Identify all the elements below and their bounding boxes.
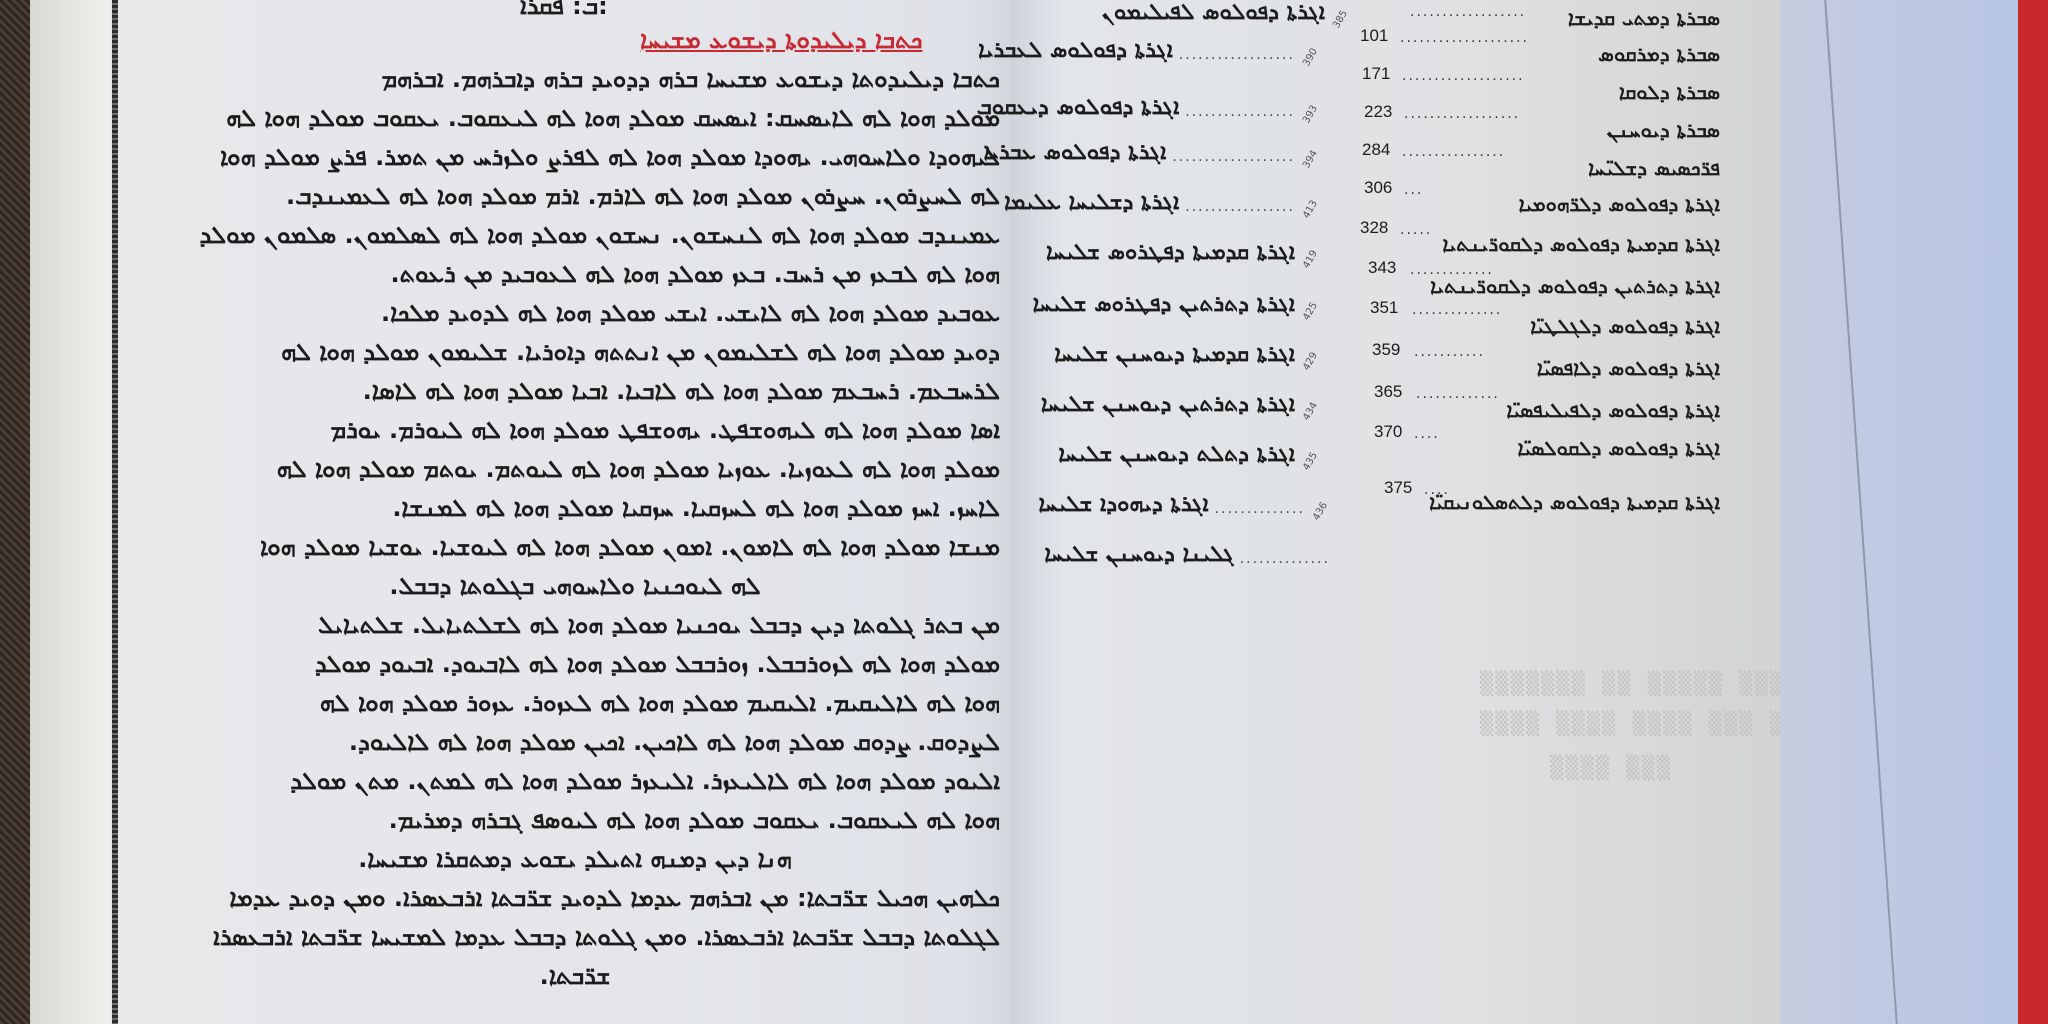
leader-dots: ................... [1402, 68, 1525, 84]
leader-dots: .............. [1412, 302, 1502, 318]
text-line: ܡܘܠܕ ܗܘܐ ܠܗ ܠܐܝܣܚܩ: ܐܝܣܚܩ ܡܘܠܕ ܗܘܐ ܠܗ ܠܝ… [150, 99, 1000, 138]
text-line: ܡܘܠܕ ܗܘܐ ܠܗ ܠܙܘܪܒܒܠ. ܙܘܪܒܒܠ ܡܘܠܕ ܗܘܐ ܠܗ … [150, 645, 1000, 684]
show-through-text: ▒▒▒▒ ▒▒▒ [1550, 756, 1672, 781]
text-line: ܥܡܝܢܕܒ ܡܘܠܕ ܗܘܐ ܠܗ ܠܢܚܫܘܢ. ܢܚܫܘܢ ܡܘܠܕ ܗܘ… [150, 216, 1000, 255]
text-line: ܕܘܝܕ ܡܘܠܕ ܗܘܐ ܠܗ ܠܫܠܝܡܘܢ ܡܢ ܐܢܬܬܗ ܕܐܘܪܝܐ… [150, 333, 1000, 372]
leader-dots: .............. [1240, 551, 1330, 567]
toc-entry[interactable]: .............. ܓܠܝܢܐ ܕܝܘܚܢܢ ܫܠܝܚܐ [1044, 542, 1330, 567]
toc-entry[interactable]: 435 ܐܓܪܬܐ ܕܬܠܬ ܕܝܘܚܢܢ ܫܠܝܚܐ [1058, 442, 1320, 467]
leader-dots: ............. [1416, 386, 1500, 402]
text-line: ܥܘܒܝܕ ܡܘܠܕ ܗܘܐ ܠܗ ܠܐܝܫܝ. ܐܝܫܝ ܡܘܠܕ ܗܘܐ ܠ… [150, 294, 1000, 333]
text-line: ܗܘܐ ܠܗ ܠܒܥܙ ܡܢ ܪܚܒ. ܒܥܙ ܡܘܠܕ ܗܘܐ ܠܗ ܠܥܘܒ… [150, 255, 1000, 294]
toc-entry[interactable]: 429 ܐܓܪܬܐ ܩܕܡܝܬܐ ܕܝܘܚܢܢ ܫܠܝܚܐ [1054, 342, 1320, 367]
leader-dots: .................. [1410, 4, 1526, 20]
text-line: ܠܐܚܙ. ܐܚܙ ܡܘܠܕ ܗܘܐ ܠܗ ܠܚܙܩܝܐ. ܚܙܩܝܐ ܡܘܠܕ… [150, 489, 1000, 528]
toc-entry[interactable]: 385 ܐܓܪܬܐ ܕܦܘܠܘܣ ܠܦܝܠܝܡܘܢ [1102, 0, 1350, 25]
leader-dots: ................... [1172, 149, 1295, 165]
text-line: ܡܢ ܒܬܪ ܓܠܘܬܐ ܕܝܢ ܕܒܒܠ ܝܘܟܢܝܐ ܡܘܠܕ ܗܘܐ ܠܗ… [150, 606, 1000, 645]
toc-entry[interactable]: 394 ................... ܐܓܪܬܐ ܕܦܘܠܘܣ ܥܒܪ… [983, 140, 1320, 165]
leader-dots: .................... [1400, 30, 1529, 46]
text-line: ܟܠܗܝܢ ܗܟܝܠ ܫܪ̈ܒܬܐ: ܡܢ ܐܒܪܗܡ ܥܕܡܐ ܠܕܘܝܕ ܫ… [150, 879, 1000, 918]
text-line: ܗܢܐ ܕܝܢ ܕܡܢܗ ܐܬܝܠܕ ܝܫܘܥ ܕܡܬܩܪܐ ܡܫܝܚܐ. [150, 840, 1000, 879]
text-line: ܐܠܝܘܕ ܡܘܠܕ ܗܘܐ ܠܗ ܠܐܠܝܥܙܪ. ܐܠܝܥܙܪ ܡܘܠܕ ܗ… [150, 762, 1000, 801]
toc-entry[interactable]: 393 ................. ܐܓܪܬܐ ܕܦܘܠܘܣ ܕܝܥܩܘ… [977, 95, 1320, 120]
leader-dots: ................. [1185, 104, 1295, 120]
running-header: :ܒ: ܦܩܪܐ [520, 0, 608, 20]
text-line: ܠܓܠܘܬܐ ܕܒܒܠ ܫܪ̈ܒܬܐ ܐܪܒܥܣܪܐ. ܘܡܢ ܓܠܘܬܐ ܕܒ… [150, 918, 1000, 957]
toc-entry[interactable]: 434 ܐܓܪܬܐ ܕܬܪܬܝܢ ܕܝܘܚܢܢ ܫܠܝܚܐ [1041, 392, 1320, 417]
text-line: ܟܬܒܐ ܕܝܠܝܕܘܬܐ ܕܝܫܘܥ ܡܫܝܚܐ ܒܪܗ ܕܕܘܝܕ ܒܪܗ … [150, 60, 1000, 99]
toc-entry[interactable]: 425 ܐܓܪܬܐ ܕܬܪܬܝܢ ܕܦܛܪܘܣ ܫܠܝܚܐ [1033, 292, 1320, 317]
leader-dots: ................. [1185, 199, 1295, 215]
page-border-frame [112, 0, 118, 1024]
page-stack-edge [30, 0, 110, 1024]
text-line: ܠܪܚܒܥܡ. ܪܚܒܥܡ ܡܘܠܕ ܗܘܐ ܠܗ ܠܐܒܝܐ. ܐܒܝܐ ܡܘ… [150, 372, 1000, 411]
body-text: ܟܬܒܐ ܕܝܠܝܕܘܬܐ ܕܝܫܘܥ ܡܫܝܚܐ ܒܪܗ ܕܕܘܝܕ ܒܪܗ … [150, 60, 1000, 996]
text-line: ܠܗ ܠܝܘܟܢܝܐ ܘܠܐܚܘܗܝ ܒܓܠܘܬܐ ܕܒܒܠ. [150, 567, 1000, 606]
chapter-title: ܟܬܒܐ ܕܝܠܝܕܘܬܐ ܕܝܫܘܥ ܡܫܝܚܐ [640, 26, 922, 54]
text-line: ܠܨܕܘܩ. ܨܕܘܩ ܡܘܠܕ ܗܘܐ ܠܗ ܠܐܟܝܢ. ܐܟܝܢ ܡܘܠܕ… [150, 723, 1000, 762]
text-line: ܠܝܗܘܕܐ ܘܠܐܚܘܗܝ. ܝܗܘܕܐ ܡܘܠܕ ܗܘܐ ܠܗ ܠܦܪܨ ܘ… [150, 138, 1000, 177]
toc-entry[interactable]: 390 .................. ܐܓܪܬܐ ܕܦܘܠܘܣ ܠܥܒܪ… [978, 38, 1320, 63]
text-line: ܐܣܐ ܡܘܠܕ ܗܘܐ ܠܗ ܠܝܗܘܫܦܛ. ܝܗܘܫܦܛ ܡܘܠܕ ܗܘܐ… [150, 411, 1000, 450]
leader-dots: ........... [1414, 344, 1485, 360]
text-line: ܡܢܫܐ ܡܘܠܕ ܗܘܐ ܠܗ ܠܐܡܘܢ. ܐܡܘܢ ܡܘܠܕ ܗܘܐ ܠܗ… [150, 528, 1000, 567]
text-line: ܡܘܠܕ ܗܘܐ ܠܗ ܠܥܘܙܝܐ. ܥܘܙܝܐ ܡܘܠܕ ܗܘܐ ܠܗ ܠܝ… [150, 450, 1000, 489]
text-line: ܠܗ ܠܚܨܪܘܢ. ܚܨܪܘܢ ܡܘܠܕ ܗܘܐ ܠܗ ܠܐܪܡ. ܐܪܡ ܡ… [150, 177, 1000, 216]
text-line: ܫܪ̈ܒܬܐ. [150, 957, 1000, 996]
text-line: ܗܘܐ ܠܗ ܠܝܥܩܘܒ. ܝܥܩܘܒ ܡܘܠܕ ܗܘܐ ܠܗ ܠܝܘܣܦ ܓ… [150, 801, 1000, 840]
leader-dots: .................. [1404, 106, 1520, 122]
toc-entry[interactable]: 436 .............. ܐܓܪܬܐ ܕܝܗܘܕܐ ܫܠܝܚܐ [1038, 492, 1330, 517]
leader-dots: .................. [1179, 47, 1295, 63]
leader-dots: .............. [1215, 501, 1305, 517]
text-line: ܗܘܐ ܠܗ ܠܐܠܝܩܝܡ. ܐܠܝܩܝܡ ܡܘܠܕ ܗܘܐ ܠܗ ܠܥܙܘܪ… [150, 684, 1000, 723]
toc-entry[interactable]: 413 ................. ܐܓܪܬܐ ܕܫܠܝܚܐ ܥܠܝܡܐ [1004, 190, 1320, 215]
leader-dots: ... [1404, 182, 1423, 198]
book-cover-inner [1780, 0, 2020, 1024]
crease-line [1824, 0, 1898, 1024]
leader-dots: ..... [1400, 222, 1432, 238]
leader-dots: .... [1414, 426, 1440, 442]
book-cover-red [2018, 0, 2048, 1024]
toc-entry[interactable]: 419 ܐܓܪܬܐ ܩܕܡܝܬܐ ܕܦܛܪܘܣ ܫܠܝܚܐ [1046, 240, 1320, 265]
leader-dots: ................ [1402, 144, 1505, 160]
